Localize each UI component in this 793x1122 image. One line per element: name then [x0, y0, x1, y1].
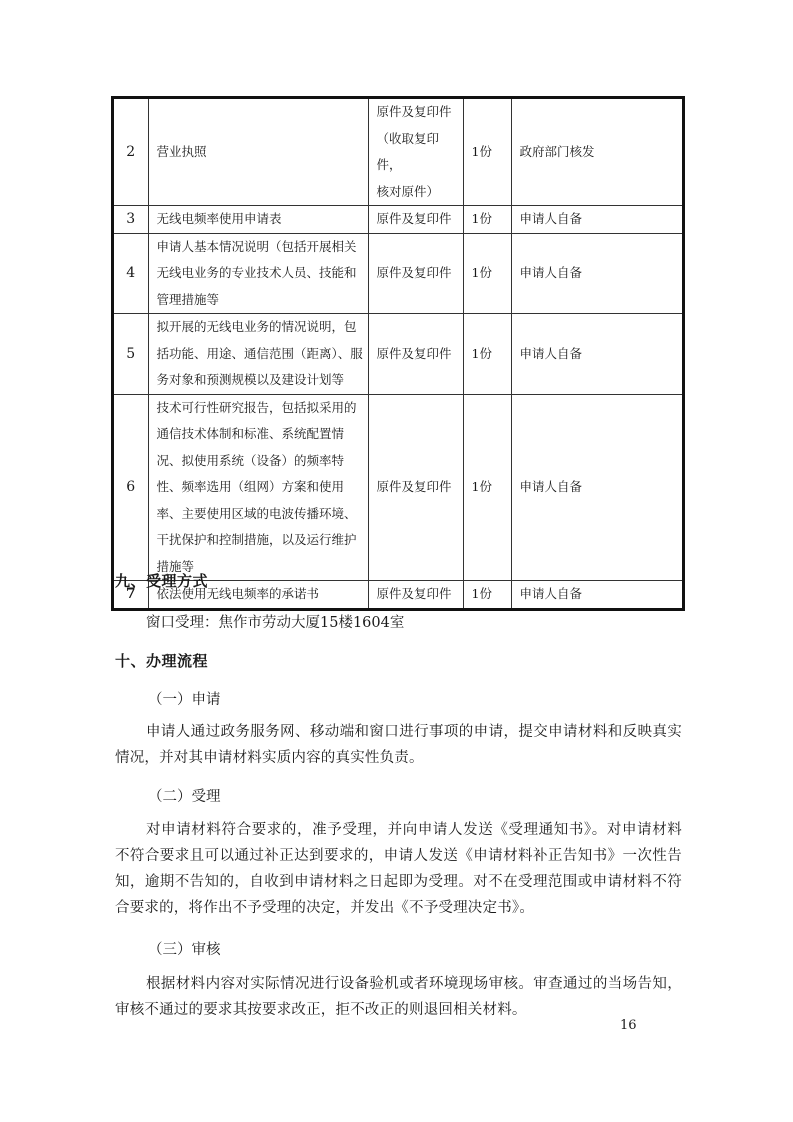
material-form: 原件及复印件 — [368, 233, 463, 314]
table-row: 6 技术可行性研究报告，包括拟采用的通信技术体制和标准、系统配置情况、拟使用系统… — [113, 394, 683, 581]
material-form: 原件及复印件 — [368, 394, 463, 581]
table-row: 3 无线电频率使用申请表 原件及复印件 1份 申请人自备 — [113, 206, 683, 234]
row-number: 4 — [113, 233, 148, 314]
acceptance-location: 窗口受理：焦作市劳动大厦15楼1604室 — [146, 611, 404, 632]
step-title-review: （三）审核 — [148, 938, 221, 959]
step-body-accept: 对申请材料符合要求的，准予受理，并向申请人发送《受理通知书》。对申请材料不符合要… — [115, 817, 682, 921]
material-source: 申请人自备 — [511, 581, 683, 609]
row-number: 2 — [113, 98, 148, 206]
step-title-accept: （二）受理 — [148, 785, 221, 806]
material-name: 无线电频率使用申请表 — [148, 206, 368, 234]
material-source: 申请人自备 — [511, 233, 683, 314]
material-source: 申请人自备 — [511, 314, 683, 395]
step-body-apply: 申请人通过政务服务网、移动端和窗口进行事项的申请，提交申请材料和反映真实情况，并… — [115, 719, 682, 771]
material-name: 营业执照 — [148, 98, 368, 206]
materials-table: 2 营业执照 原件及复印件 （收取复印件， 核对原件） 1份 政府部门核发 3 … — [112, 97, 684, 610]
material-source: 申请人自备 — [511, 206, 683, 234]
material-name: 拟开展的无线电业务的情况说明，包括功能、用途、通信范围（距离）、服务对象和预测规… — [148, 314, 368, 395]
row-number: 6 — [113, 394, 148, 581]
material-copies: 1份 — [463, 233, 511, 314]
material-form: 原件及复印件 — [368, 581, 463, 609]
table-row: 2 营业执照 原件及复印件 （收取复印件， 核对原件） 1份 政府部门核发 — [113, 98, 683, 206]
material-copies: 1份 — [463, 98, 511, 206]
material-copies: 1份 — [463, 581, 511, 609]
section-heading-process: 十、办理流程 — [115, 650, 208, 671]
material-source: 政府部门核发 — [511, 98, 683, 206]
page-number: 16 — [620, 1018, 637, 1033]
material-name: 技术可行性研究报告，包括拟采用的通信技术体制和标准、系统配置情况、拟使用系统（设… — [148, 394, 368, 581]
step-title-apply: （一）申请 — [148, 688, 221, 709]
material-copies: 1份 — [463, 394, 511, 581]
material-copies: 1份 — [463, 206, 511, 234]
row-number: 5 — [113, 314, 148, 395]
table-row: 4 申请人基本情况说明（包括开展相关无线电业务的专业技术人员、技能和管理措施等 … — [113, 233, 683, 314]
table-row: 5 拟开展的无线电业务的情况说明，包括功能、用途、通信范围（距离）、服务对象和预… — [113, 314, 683, 395]
material-form: 原件及复印件 — [368, 206, 463, 234]
material-source: 申请人自备 — [511, 394, 683, 581]
step-body-review: 根据材料内容对实际情况进行设备验机或者环境现场审核。审查通过的当场告知，审核不通… — [115, 971, 682, 1023]
document-page: 2 营业执照 原件及复印件 （收取复印件， 核对原件） 1份 政府部门核发 3 … — [0, 0, 793, 1122]
material-form: 原件及复印件 — [368, 314, 463, 395]
row-number: 3 — [113, 206, 148, 234]
section-heading-acceptance-method: 九、受理方式 — [115, 570, 208, 591]
material-copies: 1份 — [463, 314, 511, 395]
material-name: 申请人基本情况说明（包括开展相关无线电业务的专业技术人员、技能和管理措施等 — [148, 233, 368, 314]
material-form: 原件及复印件 （收取复印件， 核对原件） — [368, 98, 463, 206]
